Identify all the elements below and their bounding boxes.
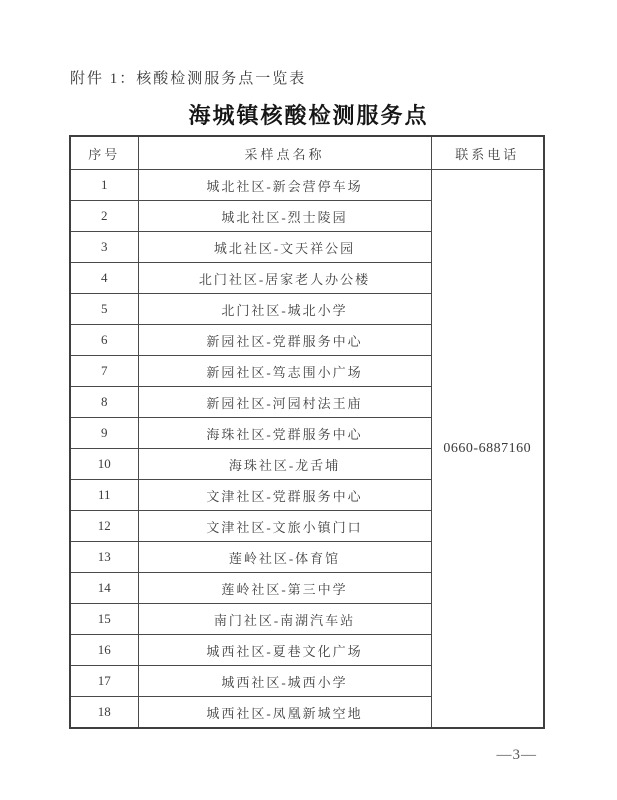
site-name-cell: 北门社区-城北小学	[138, 294, 431, 325]
site-name-cell: 城北社区-新会营停车场	[138, 170, 431, 201]
site-name-cell: 城西社区-夏巷文化广场	[138, 635, 431, 666]
row-number-cell: 8	[70, 387, 138, 418]
row-number-cell: 14	[70, 573, 138, 604]
site-name-cell: 城西社区-城西小学	[138, 666, 431, 697]
row-number-cell: 3	[70, 232, 138, 263]
site-name-cell: 城北社区-文天祥公园	[138, 232, 431, 263]
row-number-cell: 17	[70, 666, 138, 697]
document-page: 附件 1：核酸检测服务点一览表 海城镇核酸检测服务点 序号 采样点名称 联系电话…	[0, 0, 617, 800]
site-name-cell: 文津社区-党群服务中心	[138, 480, 431, 511]
row-number-cell: 9	[70, 418, 138, 449]
site-name-cell: 海珠社区-党群服务中心	[138, 418, 431, 449]
row-number-cell: 6	[70, 325, 138, 356]
service-points-table: 序号 采样点名称 联系电话 1城北社区-新会营停车场0660-68871602城…	[69, 135, 545, 729]
site-name-cell: 莲岭社区-第三中学	[138, 573, 431, 604]
site-name-cell: 新园社区-笃志围小广场	[138, 356, 431, 387]
site-name-cell: 文津社区-文旅小镇门口	[138, 511, 431, 542]
table-header: 序号 采样点名称 联系电话	[70, 136, 544, 170]
table-row: 1城北社区-新会营停车场0660-6887160	[70, 170, 544, 201]
header-sampling-point-name: 采样点名称	[138, 136, 431, 170]
row-number-cell: 15	[70, 604, 138, 635]
row-number-cell: 13	[70, 542, 138, 573]
site-name-cell: 新园社区-党群服务中心	[138, 325, 431, 356]
row-number-cell: 1	[70, 170, 138, 201]
site-name-cell: 北门社区-居家老人办公楼	[138, 263, 431, 294]
site-name-cell: 城北社区-烈士陵园	[138, 201, 431, 232]
table-body: 1城北社区-新会营停车场0660-68871602城北社区-烈士陵园3城北社区-…	[70, 170, 544, 729]
row-number-cell: 16	[70, 635, 138, 666]
site-name-cell: 南门社区-南湖汽车站	[138, 604, 431, 635]
row-number-cell: 10	[70, 449, 138, 480]
site-name-cell: 新园社区-河园村法王庙	[138, 387, 431, 418]
row-number-cell: 11	[70, 480, 138, 511]
row-number-cell: 18	[70, 697, 138, 729]
row-number-cell: 5	[70, 294, 138, 325]
header-serial-number: 序号	[70, 136, 138, 170]
contact-phone-cell: 0660-6887160	[431, 170, 544, 729]
row-number-cell: 12	[70, 511, 138, 542]
site-name-cell: 莲岭社区-体育馆	[138, 542, 431, 573]
attachment-label: 附件 1：核酸检测服务点一览表	[70, 67, 306, 88]
page-title: 海城镇核酸检测服务点	[0, 99, 617, 130]
header-contact-phone: 联系电话	[431, 136, 544, 170]
site-name-cell: 海珠社区-龙舌埔	[138, 449, 431, 480]
row-number-cell: 4	[70, 263, 138, 294]
page-number: —3—	[497, 747, 538, 764]
row-number-cell: 2	[70, 201, 138, 232]
site-name-cell: 城西社区-凤凰新城空地	[138, 697, 431, 729]
header-row: 序号 采样点名称 联系电话	[70, 136, 544, 170]
row-number-cell: 7	[70, 356, 138, 387]
